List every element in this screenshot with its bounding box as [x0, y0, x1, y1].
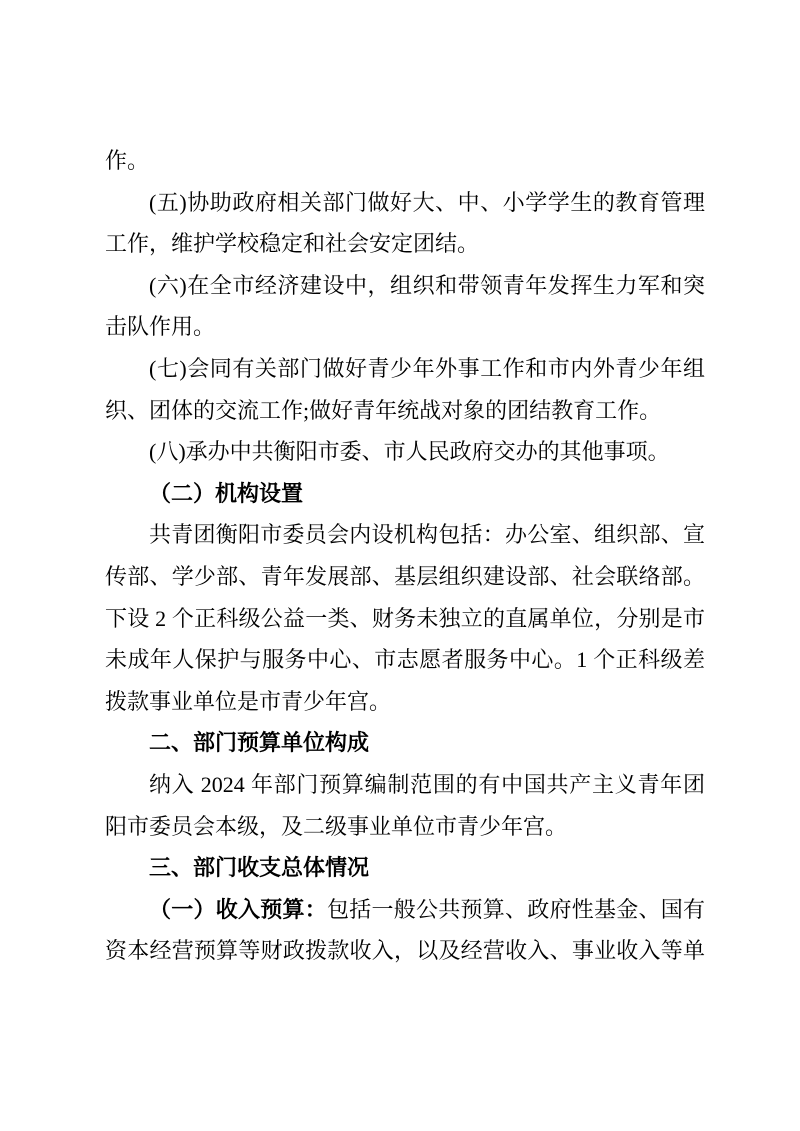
- text-line: 织、团体的交流工作;做好青年统战对象的团结教育工作。: [105, 390, 705, 432]
- text-line: 工作，维护学校稳定和社会安定团结。: [105, 223, 705, 265]
- text-line: 阳市委员会本级，及二级事业单位市青少年宫。: [105, 806, 705, 848]
- text-line: (八)承办中共衡阳市委、市人民政府交办的其他事项。: [105, 431, 705, 473]
- text-line: 纳入 2024 年部门预算编制范围的有中国共产主义青年团衡: [105, 764, 705, 806]
- text-line: 资本经营预算等财政拨款收入，以及经营收入、事业收入等单: [105, 930, 705, 972]
- text-line: 未成年人保护与服务中心、市志愿者服务中心。1 个正科级差额: [105, 639, 705, 681]
- text-line: 作。: [105, 140, 705, 182]
- text-line: 共青团衡阳市委员会内设机构包括：办公室、组织部、宣: [105, 514, 705, 556]
- text-line: 拨款事业单位是市青少年宫。: [105, 681, 705, 723]
- section-heading-revenue-expenditure: 三、部门收支总体情况: [105, 847, 705, 889]
- text-line: 传部、学少部、青年发展部、基层组织建设部、社会联络部。: [105, 556, 705, 598]
- text-line: （一）收入预算：包括一般公共预算、政府性基金、国有: [105, 889, 705, 931]
- section-heading-budget-units: 二、部门预算单位构成: [105, 722, 705, 764]
- text-line: 击队作用。: [105, 306, 705, 348]
- text-line: (七)会同有关部门做好青少年外事工作和市内外青少年组: [105, 348, 705, 390]
- section-heading-org-setup: （二）机构设置: [105, 473, 705, 515]
- text-line: 下设 2 个正科级公益一类、财务未独立的直属单位，分别是市: [105, 598, 705, 640]
- text-line: (六)在全市经济建设中，组织和带领青年发挥生力军和突: [105, 265, 705, 307]
- text-line: (五)协助政府相关部门做好大、中、小学学生的教育管理: [105, 182, 705, 224]
- document-page: 作。 (五)协助政府相关部门做好大、中、小学学生的教育管理 工作，维护学校稳定和…: [0, 0, 800, 1131]
- text-run: 包括一般公共预算、政府性基金、国有: [327, 897, 705, 922]
- document-text-block: 作。 (五)协助政府相关部门做好大、中、小学学生的教育管理 工作，维护学校稳定和…: [105, 140, 705, 972]
- income-budget-label: （一）收入预算：: [149, 897, 327, 922]
